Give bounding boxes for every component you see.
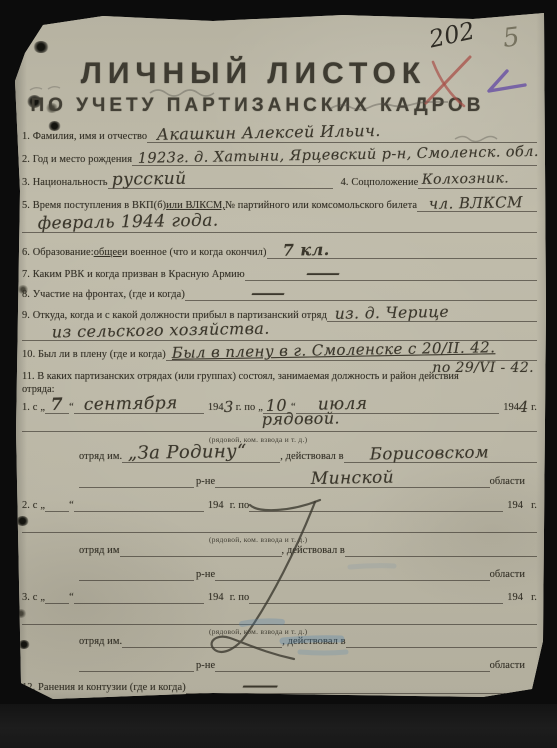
handwritten-region: Минской bbox=[310, 468, 394, 489]
field-label: 10. Был ли в плену (где и когда) bbox=[22, 349, 166, 361]
pencil-number-annotation: 5 bbox=[501, 22, 521, 54]
region-blank bbox=[215, 655, 489, 672]
mid-label: г. по bbox=[230, 592, 250, 604]
field-row-birth: 2. Год и место рождения 1923г. д. Хатыни… bbox=[22, 150, 537, 166]
scanned-form-page: 202 5 ЛИЧНЫЙ ЛИСТОК ПО УЧЕТУ ПАРТИЗАНСКИ… bbox=[13, 11, 546, 705]
entry1-position-row: рядовой. bbox=[22, 416, 537, 432]
blank-line: Колхозник. bbox=[418, 172, 537, 189]
field-row-fronts: 8. Участие на фронтах, (где и когда) — bbox=[22, 285, 537, 301]
form-subtitle: ПО УЧЕТУ ПАРТИЗАНСКИХ КАДРОВ bbox=[0, 95, 524, 117]
blank-line: февраль 1944 года. bbox=[22, 216, 537, 233]
blank-line: — bbox=[245, 264, 537, 281]
blank-line: — bbox=[185, 284, 537, 301]
day-blank: 7 bbox=[45, 397, 69, 414]
unit-blank bbox=[122, 631, 282, 648]
year-suffix: г. bbox=[531, 592, 537, 604]
handwritten-dash: — bbox=[250, 284, 287, 302]
acted-blank bbox=[346, 631, 537, 648]
oblast-label: области bbox=[490, 569, 525, 581]
entry3-unit-row: отряд им. , действовал в bbox=[79, 632, 537, 648]
entry-number: 2. с bbox=[22, 500, 37, 512]
entry3-position-row bbox=[22, 609, 537, 625]
year-prefix: 194 bbox=[208, 592, 224, 604]
field-label: 4. Соцположение bbox=[341, 177, 419, 189]
acted-blank bbox=[345, 540, 537, 557]
day-blank bbox=[45, 587, 69, 604]
field-label-underlined: общее bbox=[94, 247, 122, 259]
entry2-unit-row: отряд им , действовал в bbox=[79, 541, 537, 557]
blank-line: — bbox=[186, 677, 537, 694]
handwritten-district: Борисовском bbox=[343, 442, 488, 464]
rne-label: р-не bbox=[196, 660, 215, 672]
field-row-education: 6. Образование: общее и военное (что и к… bbox=[22, 243, 537, 259]
field-row-rvk: 7. Каким РВК и когда призван в Красную А… bbox=[22, 265, 537, 281]
acted-blank: Борисовском bbox=[344, 446, 537, 463]
handwritten-value: Колхозник. bbox=[418, 170, 509, 188]
year-suffix: г. bbox=[531, 500, 537, 512]
entry1-unit-row: отряд им. „За Родину“ , действовал в Бор… bbox=[79, 447, 537, 463]
field-row-surname: 1. Фамилия, имя и отчество Акашкин Алекс… bbox=[22, 127, 537, 143]
oblast-label: области bbox=[490, 476, 525, 488]
handwritten-value: из. д. Черице bbox=[327, 303, 450, 323]
form-title: ЛИЧНЫЙ ЛИСТОК bbox=[0, 57, 520, 91]
entry-number: 1. с bbox=[22, 402, 37, 414]
field-label: 11. В каких партизанских отрядах (или гр… bbox=[22, 371, 537, 384]
scanner-background bbox=[0, 704, 557, 748]
year-suffix: г. bbox=[531, 402, 537, 414]
blank-line: 7 кл. bbox=[267, 242, 537, 259]
acted-label: , действовал в bbox=[282, 545, 345, 557]
field-label: 7. Каким РВК и когда призван в Красную А… bbox=[22, 269, 245, 281]
unit-label: отряд им bbox=[79, 545, 120, 557]
field-label: 8. Участие на фронтах, (где и когда) bbox=[22, 289, 185, 301]
entry2-dates-row: 2. с „ “ 194 г. по 194 г. bbox=[22, 496, 537, 512]
handwritten-unit-name: „За Родину“ bbox=[122, 441, 247, 464]
field-label: 2. Год и место рождения bbox=[22, 154, 132, 166]
paper-hole bbox=[13, 684, 26, 695]
blank-line bbox=[22, 516, 537, 533]
region-blank bbox=[215, 564, 489, 581]
blank-line: Акашкин Алексей Ильич. bbox=[147, 126, 537, 143]
entry-number: 3. с bbox=[22, 592, 37, 604]
handwritten-value: 7 кл. bbox=[266, 240, 329, 260]
year-prefix: 194 bbox=[503, 402, 519, 414]
region-blank: Минской bbox=[215, 471, 489, 488]
month-blank bbox=[249, 587, 503, 604]
entry3-dates-row: 3. с „ “ 194 г. по 194 г. bbox=[22, 588, 537, 604]
field-row-nationality: 3. Национальность русский 4. Соцположени… bbox=[22, 173, 537, 189]
acted-label: , действовал в bbox=[280, 451, 343, 463]
handwritten-year: 4 bbox=[519, 398, 531, 416]
blank-line: русский bbox=[108, 172, 333, 189]
page-number-annotation: 202 bbox=[427, 17, 478, 54]
field-row-units-label: 11. В каких партизанских отрядах (или гр… bbox=[22, 371, 537, 396]
handwritten-value: русский bbox=[107, 169, 186, 190]
field-row-party-cont: февраль 1944 года. bbox=[22, 217, 537, 233]
blank-line: рядовой. bbox=[22, 415, 537, 432]
year-prefix: 194 bbox=[507, 500, 523, 512]
handwritten-day: 7 bbox=[51, 395, 64, 415]
entry3-region-row: р-не области bbox=[79, 656, 537, 672]
blank-line bbox=[79, 655, 194, 672]
field-label: 3. Национальность bbox=[22, 177, 108, 189]
rne-label: р-не bbox=[196, 476, 215, 488]
field-row-origin: 9. Откуда, когда и с какой должности при… bbox=[22, 306, 537, 322]
unit-blank bbox=[120, 540, 282, 557]
handwritten-value: чл. ВЛКСМ bbox=[417, 193, 523, 213]
unit-label: отряд им. bbox=[79, 636, 122, 648]
blank-line: 1923г. д. Хатыни, Ярцевский р-н, Смоленс… bbox=[132, 149, 537, 166]
mid-label: г. по bbox=[230, 500, 250, 512]
field-label: 12. Ранения и контузии (где и когда) bbox=[22, 682, 186, 694]
month-blank bbox=[249, 495, 503, 512]
field-label: 1. Фамилия, имя и отчество bbox=[22, 131, 147, 143]
entry2-position-row bbox=[22, 517, 537, 533]
unit-blank: „За Родину“ bbox=[122, 446, 280, 463]
handwritten-value: Акашкин Алексей Ильич. bbox=[147, 121, 381, 144]
oblast-label: области bbox=[490, 660, 525, 672]
field-row-wounds: 12. Ранения и контузии (где и когда) — bbox=[22, 678, 537, 694]
blank-line bbox=[79, 564, 194, 581]
blank-line: чл. ВЛКСМ bbox=[417, 195, 537, 212]
paper-hole bbox=[18, 640, 30, 649]
field-label: и военное (что и когда окончил) bbox=[122, 247, 267, 259]
handwritten-value: 1923г. д. Хатыни, Ярцевский р-н, Смоленс… bbox=[132, 144, 539, 167]
unit-label: отряд им. bbox=[79, 451, 122, 463]
field-label: 5. Время поступления в ВКП(б) bbox=[22, 200, 166, 212]
handwritten-value: февраль 1944 года. bbox=[22, 211, 219, 234]
paper-hole bbox=[33, 41, 49, 53]
blank-line bbox=[22, 608, 537, 625]
month-blank bbox=[74, 587, 204, 604]
blank-line: из. д. Черице bbox=[327, 305, 537, 322]
handwritten-dash: — bbox=[305, 264, 342, 282]
day-blank bbox=[45, 495, 69, 512]
field-row-party: 5. Время поступления в ВКП(б) или ВЛКСМ,… bbox=[22, 196, 537, 212]
year-prefix: 194 bbox=[208, 500, 224, 512]
year-prefix: 194 bbox=[507, 592, 523, 604]
field-label: 6. Образование: bbox=[22, 247, 94, 259]
acted-label: , действовал в bbox=[282, 636, 345, 648]
entry2-region-row: р-не области bbox=[79, 565, 537, 581]
entry1-region-row: р-не Минской области bbox=[79, 472, 537, 488]
field-label: № партийного или комсомольского билета bbox=[225, 200, 417, 212]
rne-label: р-не bbox=[196, 569, 215, 581]
handwritten-dash: — bbox=[241, 676, 280, 695]
month-blank bbox=[74, 495, 204, 512]
handwritten-value: из сельского хозяйства. bbox=[22, 319, 270, 342]
blank-line bbox=[79, 471, 194, 488]
